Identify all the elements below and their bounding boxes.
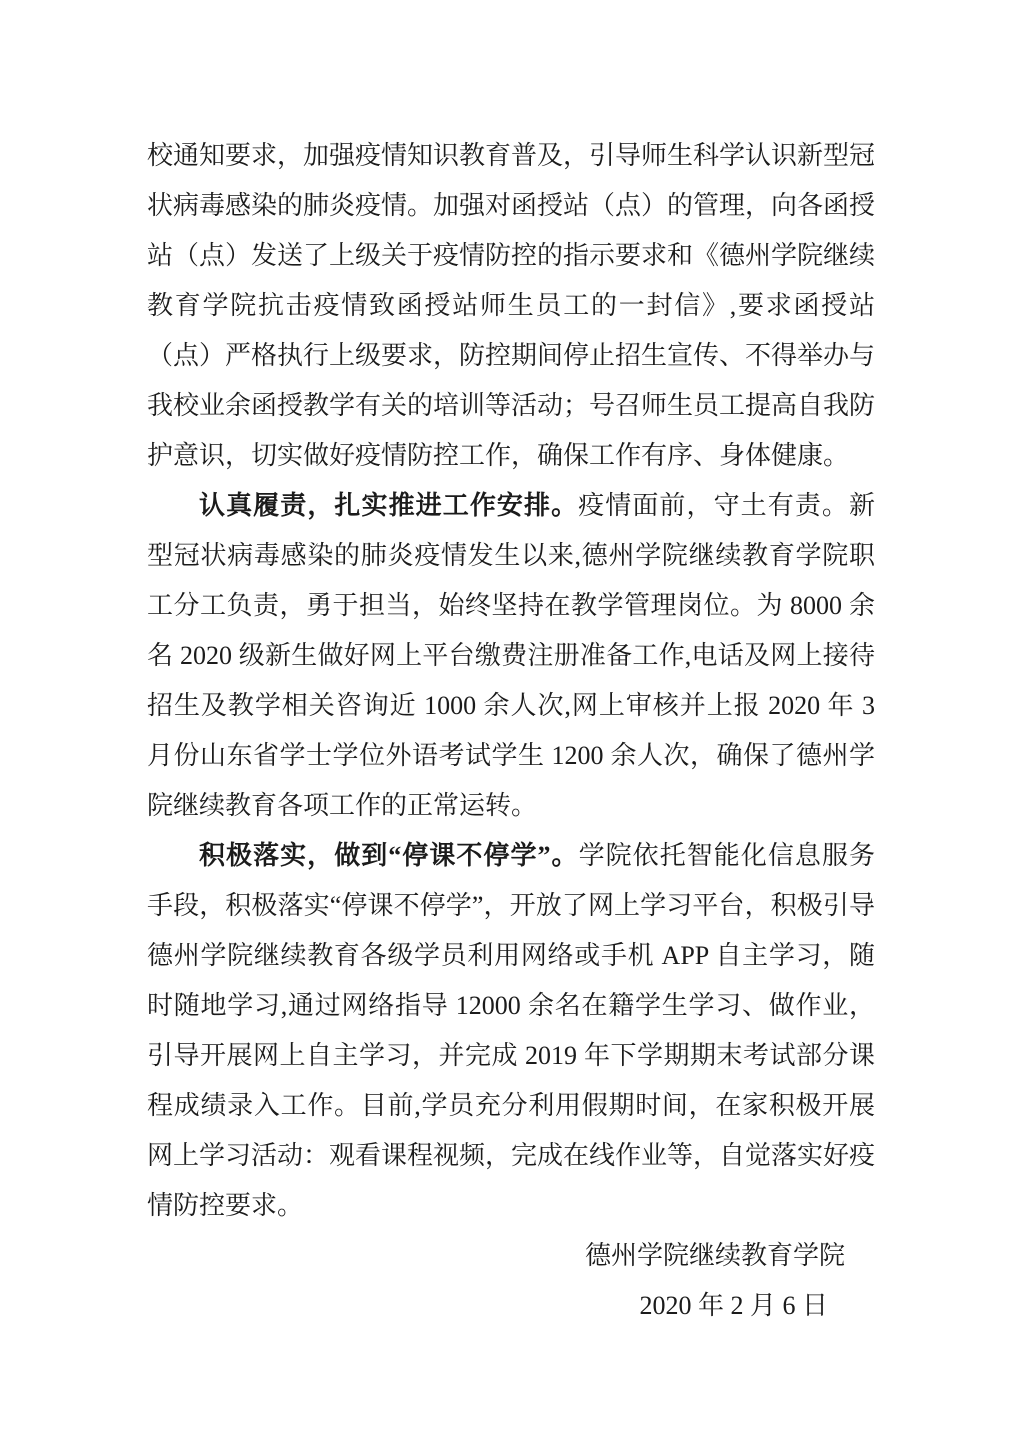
document-body: 校通知要求，加强疫情知识教育普及，引导师生科学认识新型冠状病毒感染的肺炎疫情。加… <box>147 131 875 1331</box>
paragraph-online-learning: 积极落实，做到“停课不停学”。学院依托智能化信息服务手段，积极落实“停课不停学”… <box>147 831 875 1231</box>
paragraph-text: 疫情面前，守土有责。新型冠状病毒感染的肺炎疫情发生以来,德州学院继续教育学院职工… <box>147 491 875 820</box>
paragraph-lead: 积极落实，做到“停课不停学”。 <box>199 841 579 870</box>
paragraph-text: 校通知要求，加强疫情知识教育普及，引导师生科学认识新型冠状病毒感染的肺炎疫情。加… <box>147 141 875 470</box>
paragraph-continuation: 校通知要求，加强疫情知识教育普及，引导师生科学认识新型冠状病毒感染的肺炎疫情。加… <box>147 131 875 481</box>
paragraph-text: 学院依托智能化信息服务手段，积极落实“停课不停学”，开放了网上学习平台，积极引导… <box>147 841 875 1220</box>
signature-date: 2020 年 2 月 6 日 <box>147 1281 828 1331</box>
document-page: 校通知要求，加强疫情知识教育普及，引导师生科学认识新型冠状病毒感染的肺炎疫情。加… <box>0 0 1024 1448</box>
signature-organization: 德州学院继续教育学院 <box>147 1231 845 1281</box>
paragraph-work-arrangement: 认真履责，扎实推进工作安排。疫情面前，守土有责。新型冠状病毒感染的肺炎疫情发生以… <box>147 481 875 831</box>
paragraph-lead: 认真履责，扎实推进工作安排。 <box>199 491 578 520</box>
signature-block: 德州学院继续教育学院 2020 年 2 月 6 日 <box>147 1231 875 1331</box>
